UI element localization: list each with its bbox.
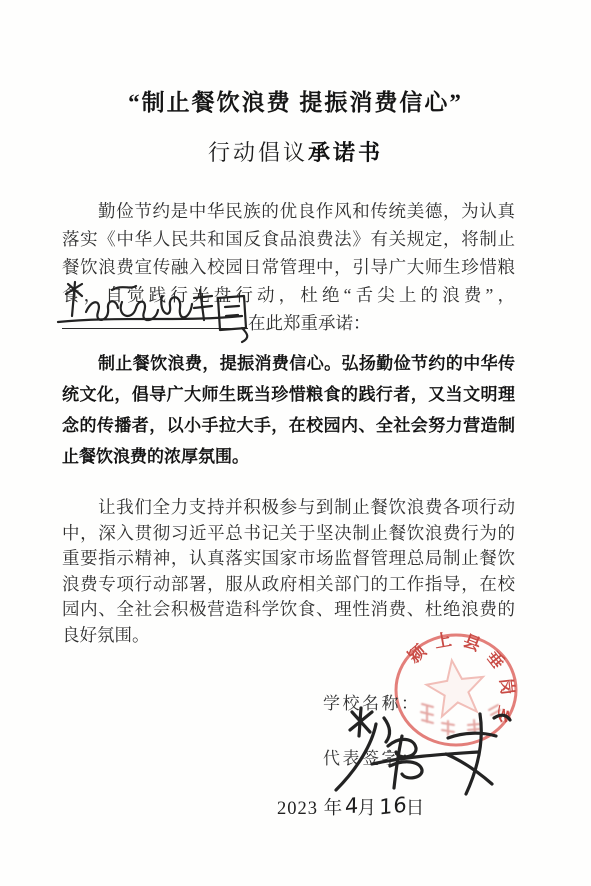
paragraph-pledge: 制止餐饮浪费，提振消费信心。弘扬勤俭节约的中华传统文化，倡导广大师生既当珍惜粮食…: [62, 348, 515, 472]
scrawl-stroke: [121, 302, 158, 320]
scan-artifact: [385, 696, 388, 699]
date-day-unit: 日: [406, 799, 426, 819]
date-month-handwritten: 4: [345, 793, 360, 819]
scan-artifact: [387, 750, 390, 753]
handwritten-school-name-scrawl: [56, 282, 256, 346]
scrawl-stroke: [194, 290, 212, 320]
pledge-document-page: “制止餐饮浪费 提振消费信心” 行动倡议承诺书 勤俭节约是中华民族的优良作风和传…: [0, 0, 591, 886]
signature-stroke: [388, 736, 422, 788]
date-day-handwritten: 16: [379, 792, 408, 819]
document-subtitle: 行动倡议承诺书: [0, 136, 591, 167]
school-name-blank-line: [62, 314, 248, 329]
date-year: 2023: [277, 799, 318, 819]
scrawl-stroke: [86, 301, 118, 320]
signature-stroke: [384, 718, 390, 742]
signature-stroke: [350, 708, 372, 736]
scrawl-stroke: [112, 286, 136, 290]
scrawl-stroke: [218, 296, 247, 342]
representative-signature-handwriting: [328, 702, 533, 797]
paragraph-intro: 勤俭节约是中华民族的优良作风和传统美德，为认真落实《中华人民共和国反食品浪费法》…: [62, 197, 515, 337]
paragraph-intro-after: 在此郑重承诺：: [248, 313, 371, 333]
date-month-unit: 月: [358, 799, 378, 819]
document-subtitle-bold: 承诺书: [308, 140, 383, 165]
document-subtitle-regular: 行动倡议: [208, 140, 308, 165]
document-title: “制止餐饮浪费 提振消费信心”: [0, 84, 591, 117]
signature-stroke: [336, 724, 376, 790]
scrawl-stroke: [66, 282, 82, 316]
date-line: 2023 年4月16日: [277, 794, 425, 820]
scrawl-stroke: [161, 296, 192, 317]
date-year-unit: 年: [324, 799, 344, 819]
